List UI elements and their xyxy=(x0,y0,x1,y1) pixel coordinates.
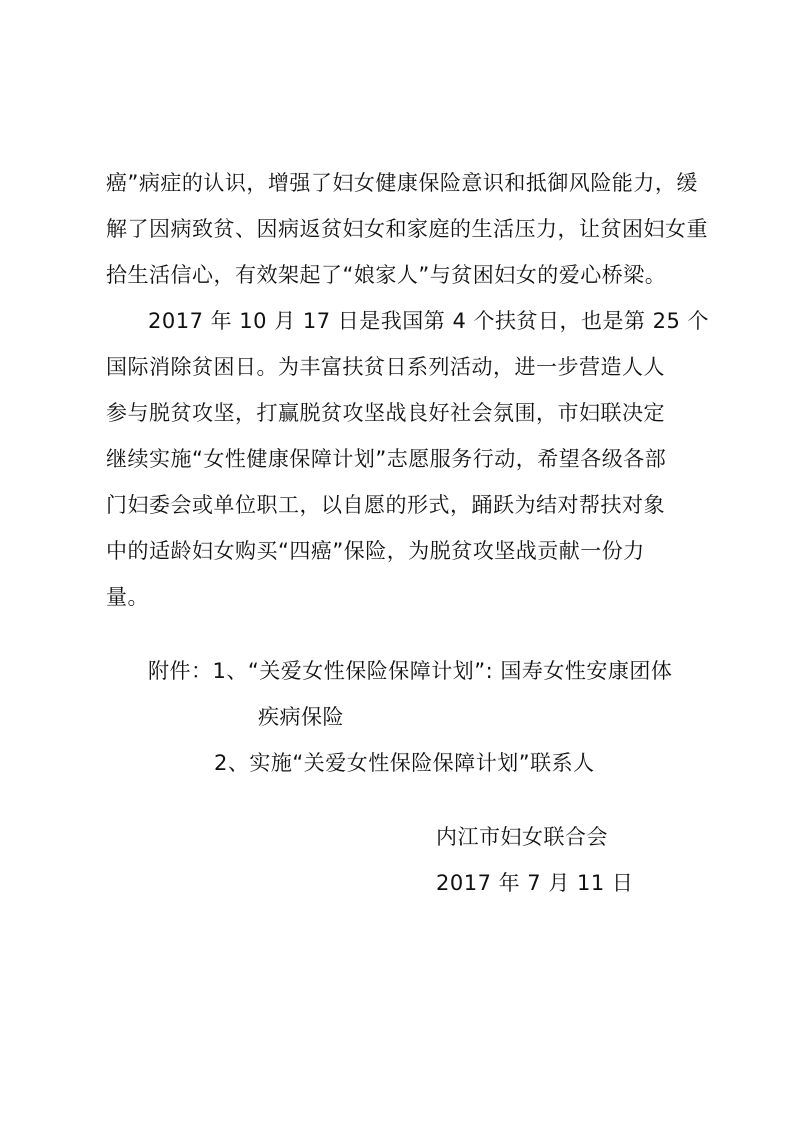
signature-date: 2017 年 7 月 11 日 xyxy=(436,870,633,896)
paragraph2-line1: 2017 年 10 月 17 日是我国第 4 个扶贫日，也是第 25 个 xyxy=(148,308,709,334)
attachment-1-continued: 疾病保险 xyxy=(258,704,344,730)
paragraph1-line2: 解了因病致贫、因病返贫妇女和家庭的生活压力，让贫困妇女重 xyxy=(106,216,708,242)
attachment-1: 附件：1、“关爱女性保险保障计划”: 国寿女性安康团体 xyxy=(148,658,672,684)
paragraph2-line3: 参与脱贫攻坚，打赢脱贫攻坚战良好社会氛围，市妇联决定 xyxy=(106,400,665,426)
document-page: 癌”病症的认识，增强了妇女健康保险意识和抵御风险能力，缓 解了因病致贫、因病返贫… xyxy=(0,0,800,1131)
paragraph1-line1: 癌”病症的认识，增强了妇女健康保险意识和抵御风险能力，缓 xyxy=(106,170,698,196)
paragraph2-line6: 中的适龄妇女购买“四癌”保险，为脱贫攻坚战贡献一份力 xyxy=(106,538,645,564)
paragraph2-line7: 量。 xyxy=(106,584,149,610)
paragraph1-line3: 拾生活信心，有效架起了“娘家人”与贫困妇女的爱心桥梁。 xyxy=(106,262,666,288)
signature-organization: 内江市妇女联合会 xyxy=(436,824,608,850)
paragraph2-line5: 门妇委会或单位职工，以自愿的形式，踊跃为结对帮扶对象 xyxy=(106,492,665,518)
paragraph2-line4: 继续实施“女性健康保障计划”志愿服务行动，希望各级各部 xyxy=(106,446,666,472)
paragraph2-line2: 国际消除贫困日。为丰富扶贫日系列活动，进一步营造人人 xyxy=(106,354,665,380)
attachment-2: 2、实施“关爱女性保险保障计划”联系人 xyxy=(214,750,595,776)
